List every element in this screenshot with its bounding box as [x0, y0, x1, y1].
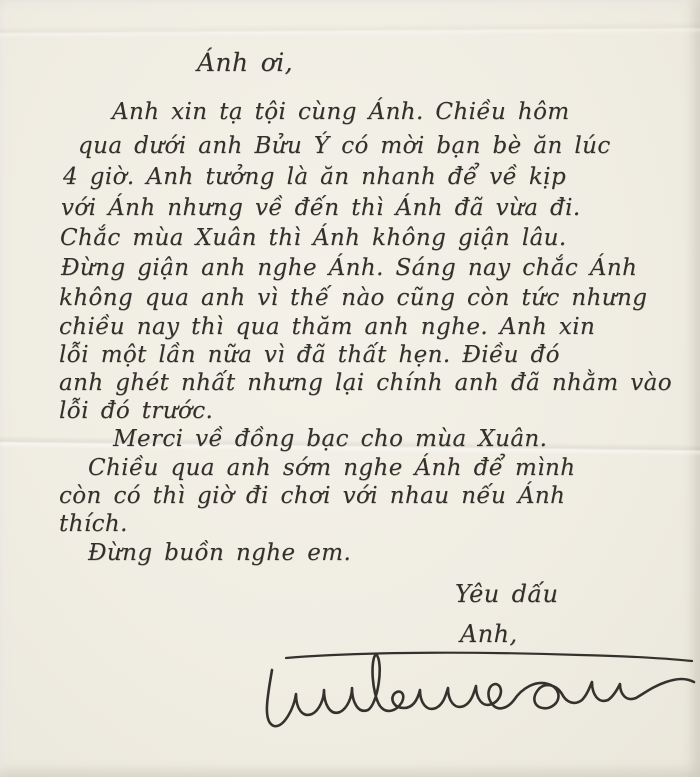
letter-line: còn có thì giờ đi chơi với nhau nếu Ánh	[59, 483, 565, 509]
letter-line: Merci về đồng bạc cho mùa Xuân.	[113, 426, 547, 452]
paper-fold-crease-top	[0, 21, 700, 38]
letter-line: qua dưới anh Bửu Ý có mời bạn bè ăn lúc	[78, 133, 611, 159]
letter-salutation: Ánh ơi,	[197, 48, 293, 77]
signature	[250, 640, 698, 750]
letter-line: với Ánh nhưng về đến thì Ánh đã vừa đi.	[61, 195, 581, 221]
letter-line: Đừng giận anh nghe Ánh. Sáng nay chắc Án…	[61, 255, 637, 281]
letter-line: lỗi một lần nữa vì đã thất hẹn. Điều đó	[59, 342, 560, 368]
signature-bar-stroke	[286, 653, 692, 661]
letter-paper: Ánh ơi, Anh xin tạ tội cùng Ánh. Chiều h…	[0, 0, 700, 777]
signature-scrawl-stroke	[267, 654, 694, 726]
letter-line: Anh xin tạ tội cùng Ánh. Chiều hôm	[112, 99, 570, 125]
letter-line: Đừng buồn nghe em.	[88, 540, 351, 566]
letter-line: Chiều qua anh sớm nghe Ánh để mình	[88, 455, 575, 481]
closing-valediction: Yêu dấu	[455, 580, 558, 608]
letter-line: chiều nay thì qua thăm anh nghe. Anh xin	[59, 314, 595, 340]
letter-line: lỗi đó trước.	[59, 398, 213, 424]
letter-line: không qua anh vì thế nào cũng còn tức nh…	[59, 285, 647, 311]
letter-line: thích.	[59, 511, 128, 537]
letter-line: 4 giờ. Anh tưởng là ăn nhanh để về kịp	[63, 164, 566, 190]
letter-line: anh ghét nhất nhưng lại chính anh đã nhằ…	[59, 370, 672, 396]
letter-line: Chắc mùa Xuân thì Ánh không giận lâu.	[60, 225, 567, 251]
